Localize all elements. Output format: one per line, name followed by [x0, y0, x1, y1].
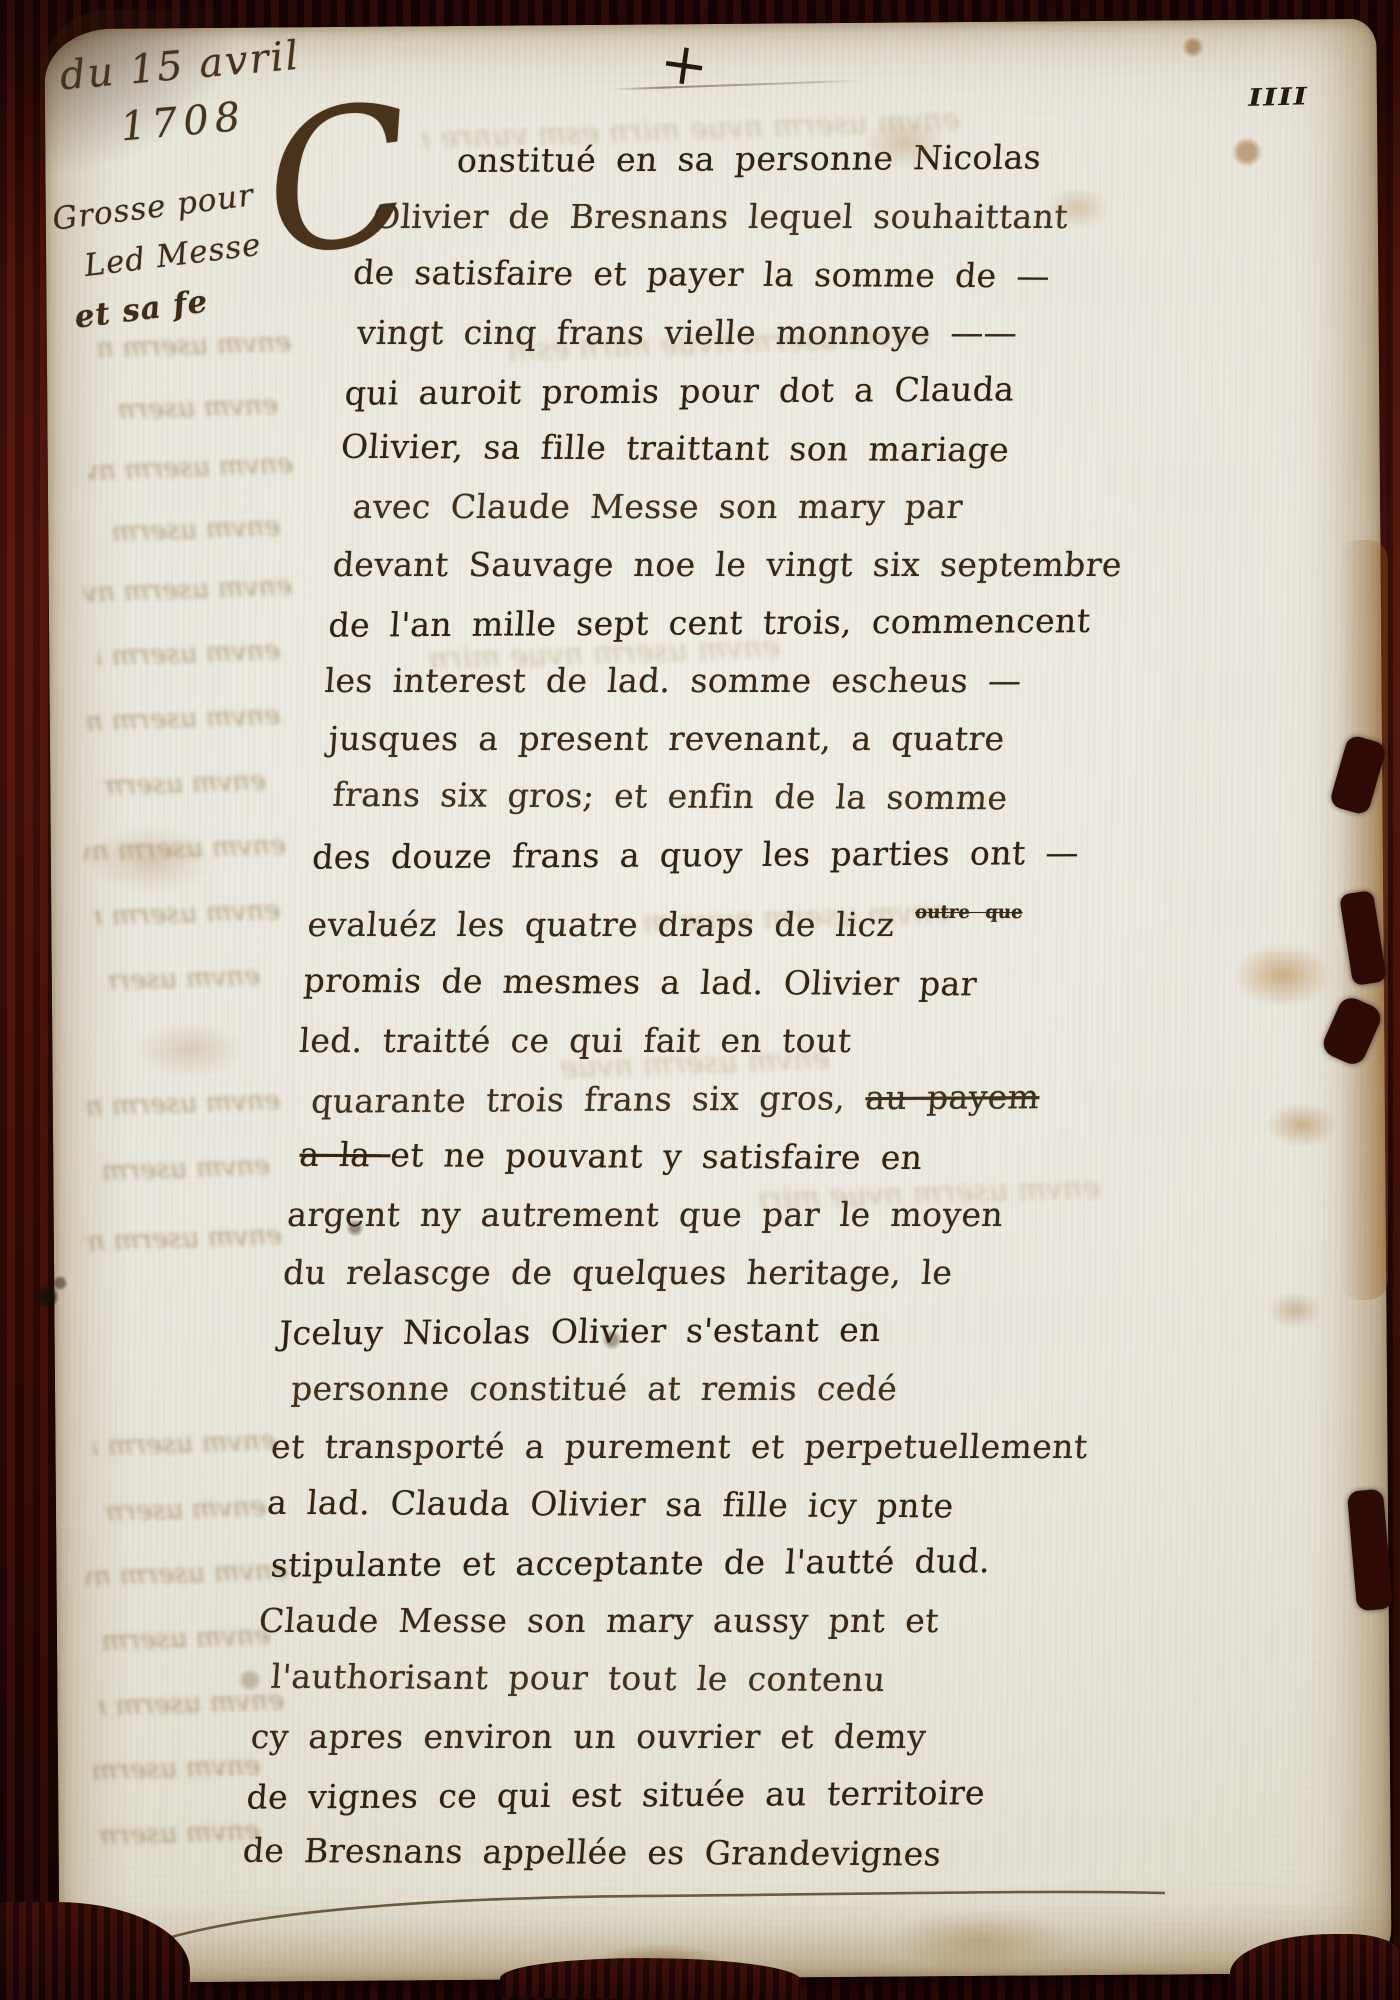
manuscript-line: onstitué en sa personne Nicolas — [359, 127, 1223, 190]
manuscript-line-segment: les interest de lad. somme escheus — — [323, 661, 1023, 700]
manuscript-line: avec Claude Messe son mary par — [351, 478, 1199, 536]
manuscript-line: led. traitté ce qui fait en tout — [298, 1012, 1162, 1070]
manuscript-line-segment: evaluéz les quatre draps de licz — [306, 905, 915, 944]
manuscript-line: qui auroit promis pour dot a Clauda — [343, 359, 1207, 422]
manuscript-line-segment: onstitué en sa personne Nicolas — [456, 137, 1043, 180]
manuscript-line-segment: Olivier de Bresnans lequel souhaittant — [372, 197, 1070, 236]
manuscript-line: du relascge de quelques heritage, le — [281, 1244, 1145, 1302]
manuscript-line: frans six gros; et enfin de la somme — [331, 766, 1179, 828]
manuscript-line-segment: Olivier, sa fille traittant son mariage — [340, 427, 1011, 469]
manuscript-line-segment: au payem — [864, 1077, 1040, 1117]
manuscript-line: de vignes ce qui est située au territoir… — [245, 1763, 1109, 1826]
manuscript-line-segment: de vignes ce qui est située au territoir… — [245, 1773, 986, 1817]
manuscript-line-segment: stipulante et acceptante de l'autté dud. — [270, 1541, 992, 1584]
manuscript-line: Olivier de Bresnans lequel souhaittant — [371, 188, 1219, 246]
manuscript-line: et transporté a purement et perpetuellem… — [269, 1418, 1133, 1476]
manuscript-line: stipulante et acceptante de l'autté dud. — [269, 1531, 1125, 1594]
manuscript-line-segment: de l'an mille sept cent trois, commencen… — [327, 601, 1091, 645]
manuscript-line: quarante trois frans six gros, au payem — [309, 1067, 1157, 1130]
manuscript-line: Jceluy Nicolas Olivier s'estant en — [277, 1299, 1141, 1362]
body-text: onstitué en sa personne NicolasOlivier d… — [241, 130, 1224, 1882]
manuscript-photo: envm userm nvue mirn esm vunre mnevu cmn… — [0, 0, 1400, 2000]
manuscript-line: evaluéz les quatre draps de licz outre q… — [306, 884, 1171, 954]
manuscript-line-segment: argent ny autrement que par le moyen — [286, 1195, 1005, 1234]
manuscript-line: des douze frans a quoy les parties ont — — [311, 823, 1175, 886]
manuscript-line-segment: de Bresnans appellée es Grandevignes — [242, 1831, 943, 1874]
manuscript-line-segment: frans six gros; et enfin de la somme — [331, 775, 1009, 818]
manuscript-line-segment: de satisfaire et payer la somme de — — [352, 253, 1052, 296]
manuscript-line: devant Sauvage noe le vingt six septembr… — [331, 536, 1195, 594]
folio-mark: IIII — [1247, 83, 1308, 113]
manuscript-line: a lad. Clauda Olivier sa fille icy pnte — [265, 1474, 1129, 1537]
manuscript-line-segment: promis de mesmes a lad. Olivier par — [302, 961, 978, 1004]
manuscript-line: Claude Messe son mary aussy pnt et — [257, 1592, 1121, 1650]
manuscript-line: les interest de lad. somme escheus — — [323, 652, 1187, 710]
manuscript-line: a la et ne pouvant y satisfaire en — [297, 1126, 1153, 1188]
manuscript-line: jusques a present revenant, a quatre — [327, 710, 1183, 768]
manuscript-line-segment: cy apres environ un ouvrier et demy — [250, 1717, 928, 1756]
manuscript-line-segment: Claude Messe son mary aussy pnt et — [258, 1601, 941, 1640]
manuscript-line: personne constitué at remis cedé — [289, 1360, 1137, 1418]
manuscript-line-segment: du relascge de quelques heritage, le — [282, 1253, 954, 1292]
manuscript-line-segment: avec Claude Messe son mary par — [352, 487, 965, 526]
manuscript-line-segment: a la — [298, 1135, 392, 1174]
manuscript-line-segment: des douze frans a quoy les parties ont — — [311, 833, 1080, 877]
manuscript-line: de satisfaire et payer la somme de — — [351, 244, 1215, 307]
manuscript-line-segment: personne constitué at remis cedé — [290, 1369, 899, 1408]
manuscript-line-segment: a lad. Clauda Olivier sa fille icy pnte — [266, 1483, 955, 1526]
manuscript-line: de Bresnans appellée es Grandevignes — [241, 1822, 1105, 1885]
manuscript-line-segment: vingt cinq frans vielle monnoye —— — [356, 313, 1019, 352]
manuscript-line-segment: Jceluy Nicolas Olivier s'estant en — [278, 1310, 882, 1353]
manuscript-line-segment: qui auroit promis pour dot a Clauda — [344, 370, 1016, 413]
manuscript-line: promis de mesmes a lad. Olivier par — [302, 952, 1166, 1015]
manuscript-line-segment: quarante trois frans six gros, — [310, 1078, 867, 1120]
manuscript-line-segment: jusques a present revenant, a quatre — [327, 719, 1006, 758]
margin-note: Grosse pour Led Messe et sa fe — [50, 170, 271, 344]
cross-mark: + — [656, 27, 714, 101]
manuscript-line: Olivier, sa fille traittant son mariage — [339, 418, 1203, 481]
manuscript-line-segment: outre que — [914, 902, 1023, 923]
manuscript-line-segment: et ne pouvant y satisfaire en — [389, 1135, 924, 1177]
manuscript-line: cy apres environ un ouvrier et demy — [249, 1708, 1113, 1766]
manuscript-line: de l'an mille sept cent trois, commencen… — [327, 591, 1191, 654]
manuscript-line: vingt cinq frans vielle monnoye —— — [355, 304, 1211, 362]
manuscript-line-segment: et transporté a purement et perpetuellem… — [270, 1427, 1089, 1466]
manuscript-line-segment: l'authorisant pour tout le contenu — [270, 1657, 887, 1699]
manuscript-line-segment: devant Sauvage noe le vingt six septembr… — [332, 545, 1124, 584]
manuscript-line: l'authorisant pour tout le contenu — [269, 1648, 1117, 1710]
manuscript-line: argent ny autrement que par le moyen — [285, 1186, 1149, 1244]
manuscript-line-segment: led. traitté ce qui fait en tout — [298, 1021, 853, 1060]
